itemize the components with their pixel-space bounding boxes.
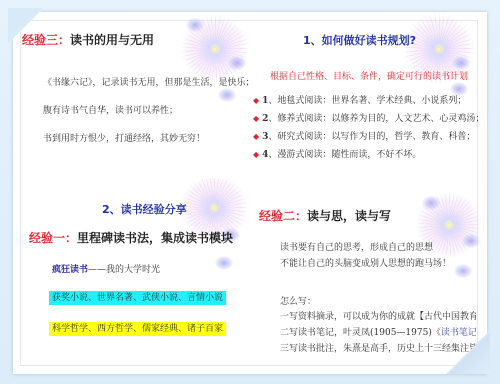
- plan-list-item: ◆2、修养式阅读：以修养为目的，人文艺术、心灵鸡汤；: [253, 111, 484, 124]
- heading-text: 读与思，读与写: [307, 209, 391, 223]
- text-line: 腹有诗书气自华，读书可以养性；: [43, 103, 178, 116]
- heading-text: 里程碑读书法，集成读书模块: [77, 231, 233, 245]
- write-label: 怎么写：: [280, 294, 316, 307]
- crazy-reading-line: 疯狂读书——我的大学时光: [52, 262, 160, 275]
- glow-dot-icon: [452, 56, 470, 70]
- diamond-bullet-icon: ◆: [253, 114, 259, 123]
- write-line: 三写读书批注，朱熹是高手，历史上十三经集注皆如此: [280, 341, 476, 354]
- slide-heading: 经验二：读与思，读与写: [259, 207, 391, 224]
- book-notes-link: 读书笔记: [441, 328, 476, 338]
- slide-heading: 经验一：里程碑读书法，集成读书模块: [29, 229, 233, 246]
- slide-heading: 经验三：读书的用与无用: [22, 31, 154, 48]
- text-line: 书到用时方恨少，打通经络，其妙无穷！: [43, 131, 205, 144]
- glow-dot-icon: [218, 88, 236, 102]
- plan-list-item: ◆1、地毯式阅读：世界名著、学术经典、小说系列；: [253, 93, 466, 106]
- glow-dot-icon: [186, 18, 204, 32]
- heading-prefix: 经验三：: [22, 33, 70, 47]
- plan-list-item: ◆4、漫游式阅读：随性而读，不好不坏。: [253, 147, 421, 160]
- write-line: 一写资料摘录，可以成为你的成就【古代中国教育思想: [280, 309, 476, 322]
- slide-title: 1、如何做好读书规划?: [303, 32, 416, 48]
- glow-dot-icon: [215, 256, 233, 270]
- text-line: 读书要有自己的思考，形成自己的思想: [280, 240, 433, 253]
- slide-subtitle: 根据自己性格、目标、条件，确定可行的读书计划: [270, 69, 468, 82]
- heading-prefix: 经验二：: [259, 209, 307, 223]
- text-line: 《书缘六记》，记录读书无用，但那是生活，是快乐；: [43, 75, 255, 88]
- plan-list-item: ◆3、研究式阅读：以写作为目的，哲学、教育、科普；: [253, 129, 475, 142]
- text-line: 不能让自己的头脑变成别人思想的跑马场！: [280, 256, 451, 269]
- write-line: 二写读书笔记，叶灵凤(1905—1975)《读书笔记》：本: [280, 325, 476, 338]
- collage-frame: 经验三：读书的用与无用 《书缘六记》，记录读书无用，但那是生活，是快乐； 腹有诗…: [0, 0, 500, 384]
- diamond-bullet-icon: ◆: [253, 132, 259, 141]
- heading-prefix: 经验一：: [29, 231, 77, 245]
- glow-dot-icon: [422, 196, 440, 210]
- highlight-line-cyan: 获奖小说、世界名著、武侠小说、言情小说: [49, 290, 226, 303]
- slide-title: 2、读书经验分享: [102, 201, 187, 217]
- diamond-bullet-icon: ◆: [253, 150, 259, 159]
- glow-dot-icon: [228, 56, 246, 70]
- heading-text: 读书的用与无用: [70, 33, 154, 47]
- highlight-line-yellow: 科学哲学、西方哲学、儒家经典、诸子百家: [49, 321, 226, 334]
- diamond-bullet-icon: ◆: [253, 96, 259, 105]
- glow-dot-icon: [462, 234, 480, 248]
- glow-dot-icon: [454, 264, 472, 278]
